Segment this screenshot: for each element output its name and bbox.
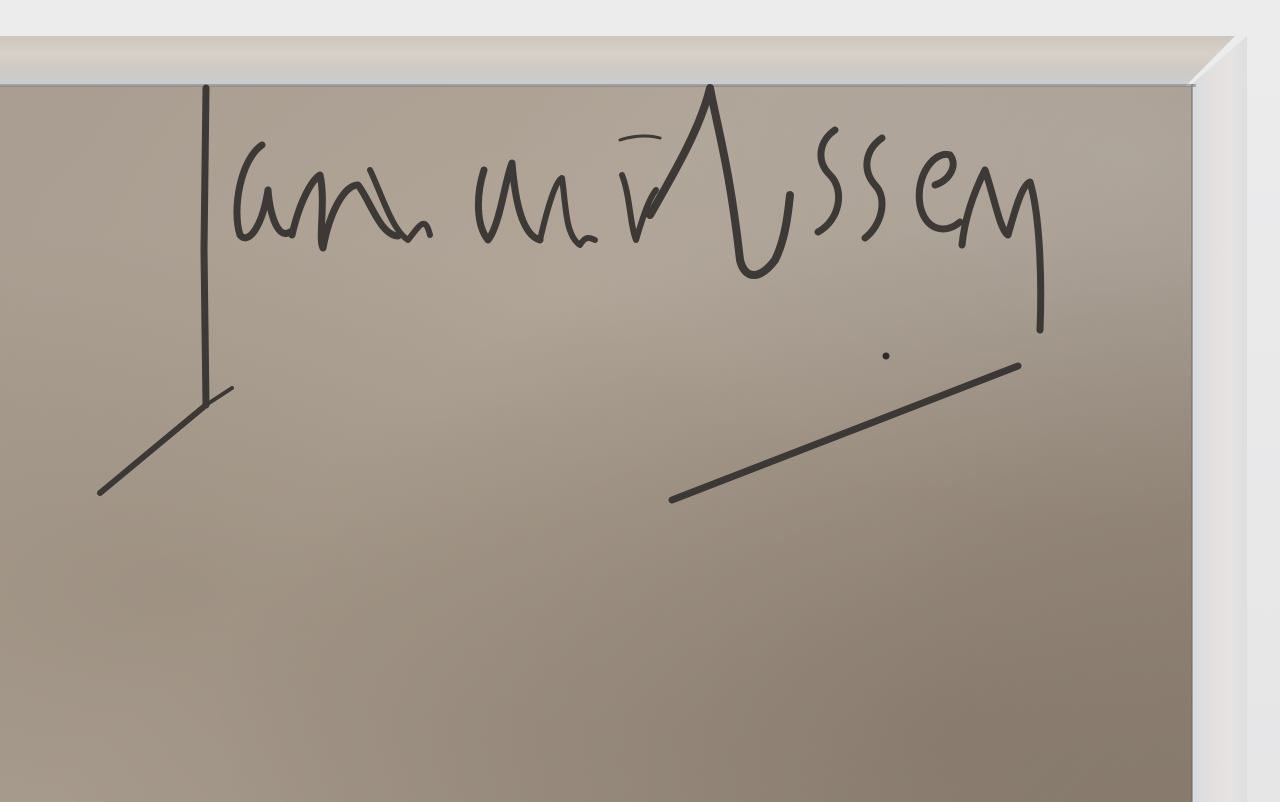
signature-ink — [0, 0, 1280, 802]
ink-speck — [883, 353, 890, 360]
